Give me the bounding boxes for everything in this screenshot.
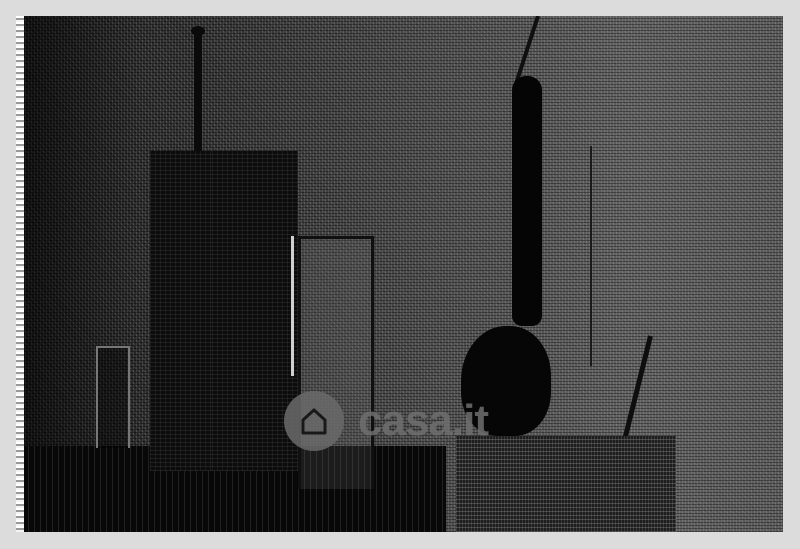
watermark-logo-circle bbox=[284, 391, 344, 451]
white-pole bbox=[291, 236, 294, 376]
casa-it-watermark: casa.it bbox=[284, 391, 488, 451]
doorway bbox=[298, 236, 374, 489]
wall-pipe bbox=[590, 146, 592, 366]
scan-edge bbox=[16, 16, 24, 532]
tall-cabinet-left bbox=[150, 151, 216, 471]
hanging-cord bbox=[514, 16, 539, 83]
floor-lamp-pole bbox=[194, 30, 202, 160]
house-icon bbox=[299, 406, 329, 436]
hanging-lamp-shade bbox=[512, 76, 542, 326]
watermark-text: casa.it bbox=[358, 391, 488, 451]
angled-lamp bbox=[621, 335, 652, 443]
property-photo bbox=[16, 16, 783, 532]
table-clutter bbox=[456, 436, 676, 532]
small-stand bbox=[96, 346, 130, 448]
